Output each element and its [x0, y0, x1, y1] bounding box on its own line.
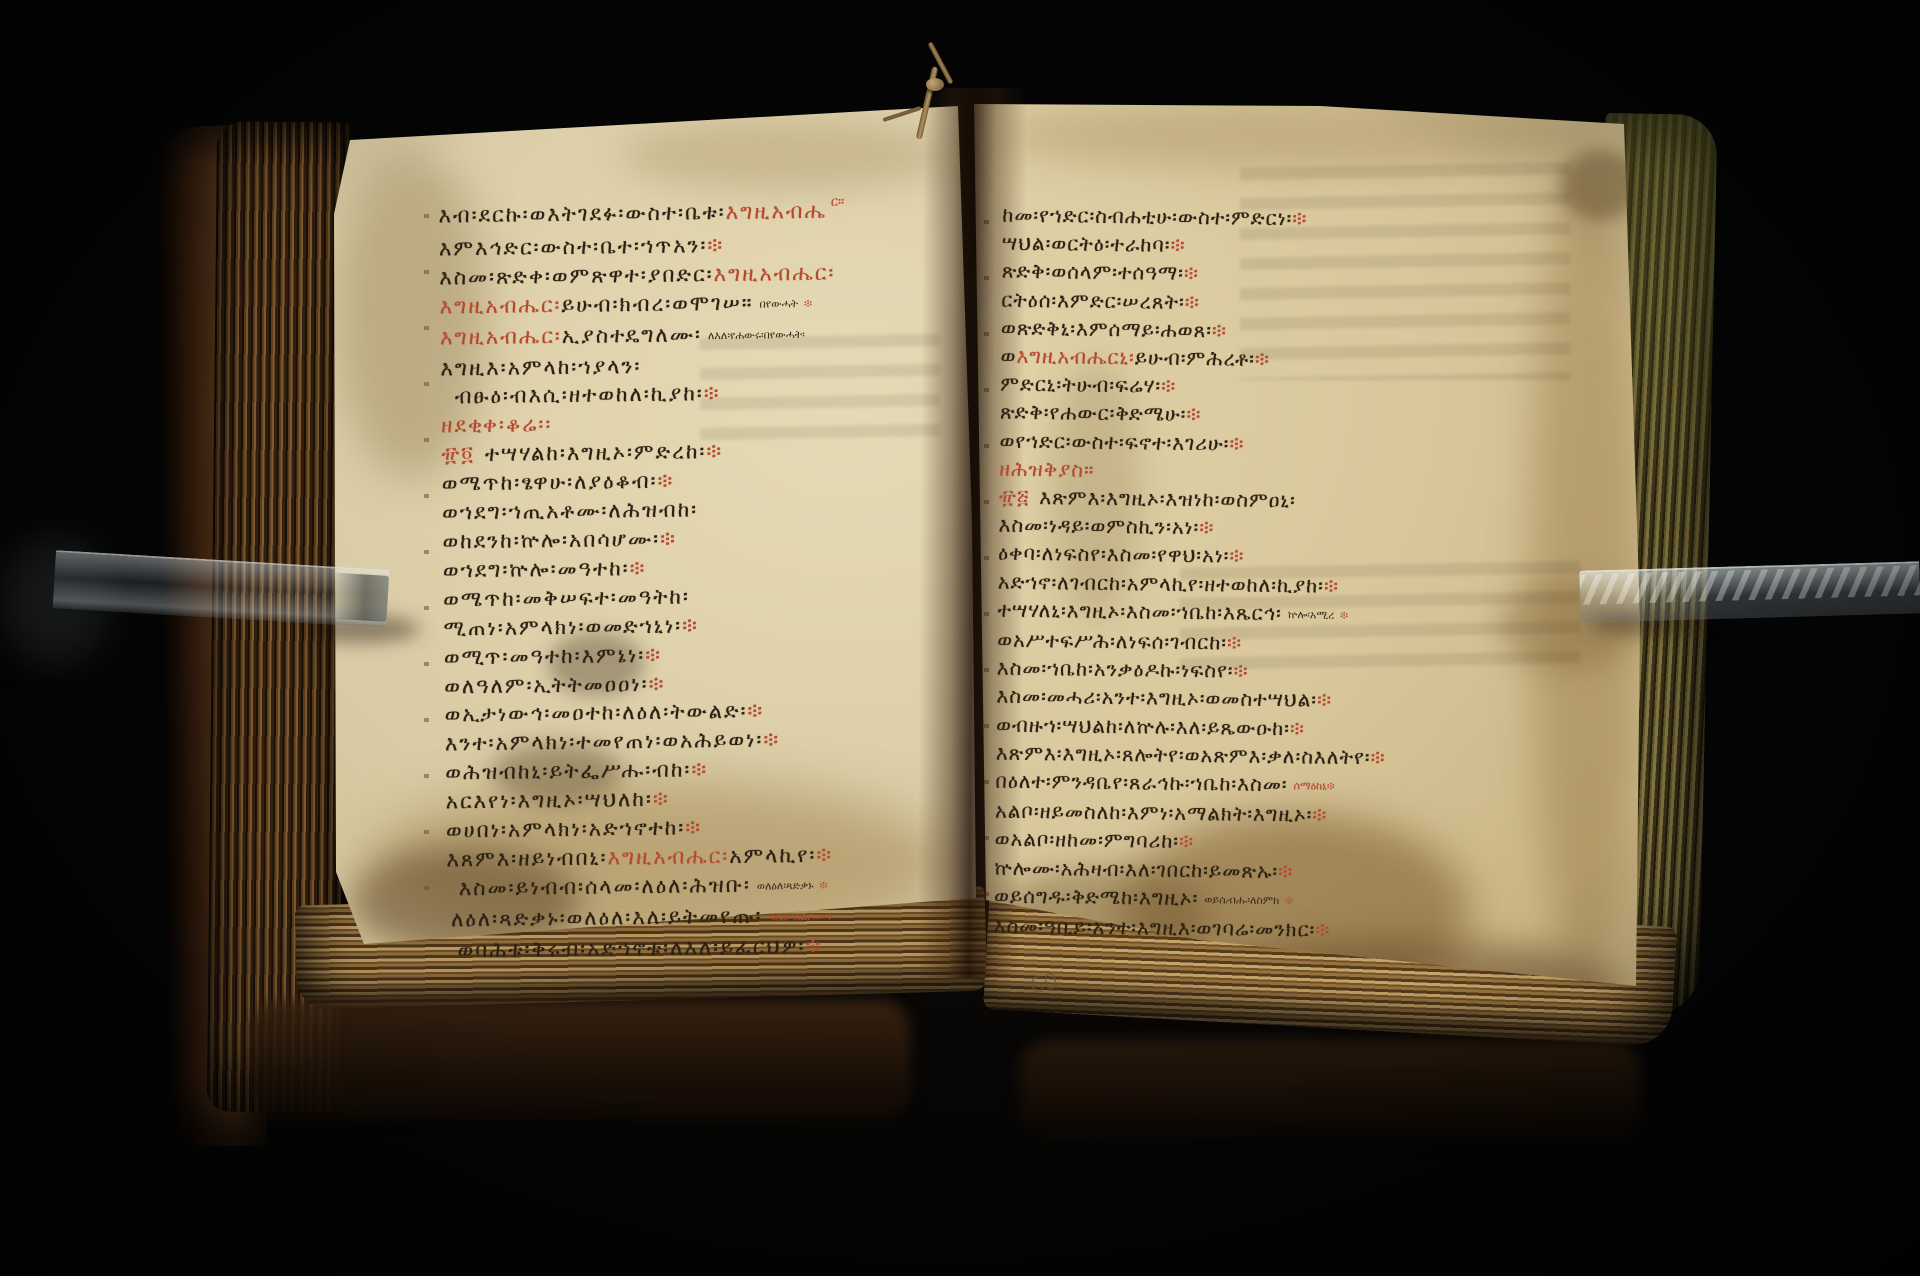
text-segment: አርእየነ፡እግዚኦ፡ሣህለከ፡: [446, 787, 654, 814]
text-segment: እንተ፡አምላክነ፡ተመየጠነ፡ወአሕይወነ፡: [445, 728, 764, 756]
rubric-text: ፨: [704, 382, 721, 406]
rubric-text: ፨: [1184, 261, 1199, 285]
rubric-text: ፨: [645, 642, 662, 666]
text-segment: ጽድቅ፡የሐውር፡ቅድሜሁ፡: [1000, 400, 1187, 426]
manuscript-line: እግዚአብሔር፡ኢያስተዴግለሙ፡ለእለ፡የሐውሩ፡በየውሓት፡: [440, 318, 846, 354]
rubric-text: ፨: [1229, 544, 1244, 568]
gloss-text: ኀቤሁ፡በልቦሙ፨: [762, 909, 833, 923]
text-segment: ወጽድቅኒ፡እምሰማይ፡ሐወጸ፡: [1001, 315, 1212, 342]
manuscript-line: በዕለተ፡ምንዳቤየ፡ጸራኅኩ፡ኀቤከ፡እስመ፡ሰማዕከኒ፨: [995, 767, 1385, 802]
cover-shadow-right: [1020, 1040, 1640, 1140]
text-segment: ወየኀድር፡ውስተ፡ፍኖተ፡እገሪሁ፡: [999, 428, 1229, 455]
text-segment: ወሜጥከ፡መቅሠፍተ፡መዓትከ፡: [443, 584, 690, 611]
cord-knot: [926, 78, 944, 91]
rubric-text: ፨: [691, 757, 708, 781]
text-segment: ወብዙኀ፡ሣህልከ፡ለኵሉ፡እለ፡ይጼውዑከ፡: [996, 712, 1290, 740]
rubric-text: ፨: [1185, 289, 1200, 313]
text-segment: ምድርኒ፡ትሁብ፡ፍሬሃ፡: [1000, 372, 1161, 398]
text-segment: ወሚጥ፡መዓተከ፡እምኔነ፡: [444, 643, 646, 669]
rubric-text: እግዚአብሔር፡: [440, 324, 562, 349]
left-page-text: እብ፡ደርኩ፡ወእትገደፉ፡ውስተ፡ቤቱ፡እግዚአብሔር፡፡እምእኅድር፡ውስተ…: [438, 197, 853, 965]
text-segment: ርትዕሰ፡እምድር፡ሠረጸት፡: [1001, 287, 1185, 313]
text-segment: እጽምእ፡እግዚኦ፡እዝነከ፡ወስምዐኒ፡: [1039, 485, 1296, 512]
rubric-text: ፨: [706, 439, 723, 463]
gloss-text: ወለዕለ፡ጻድቃኑ: [751, 879, 814, 893]
pricking-holes: [424, 214, 429, 938]
rubric-text: ፨: [660, 527, 677, 551]
rubric-text: ፨: [1179, 829, 1194, 853]
text-segment: ወከደንከ፡ኵሎ፡አበሳሆሙ፡: [442, 527, 660, 554]
rubric-text: ፨: [805, 934, 822, 958]
manuscript-line: እስመ፡ጽድቀ፡ወምጽዋተ፡ያበድር፡እግዚአብሔር፡: [439, 258, 845, 292]
gloss-text: ፨: [1279, 894, 1293, 907]
rubric-text: እግዚአብሔ: [726, 199, 828, 224]
rubric-text: ፨: [1199, 515, 1214, 539]
manuscript-line: ለዕለ፡ጻድቃኑ፡ወለዕለ፡እለ፡ይትመየጡ፡ኀቤሁ፡በልቦሙ፨: [451, 900, 853, 936]
gloss-text: ሰማዕከኒ፨: [1288, 779, 1335, 793]
manuscript-line: እስመ፡መሓሪ፡አንተ፡እግዚኦ፡ወመስተሣህል፡፨: [996, 682, 1386, 715]
text-segment: አድኀኖ፡ለገብርከ፡አምላኪየ፡ዘተወከለ፡ኪያከ፡: [998, 569, 1324, 597]
gloss-text: ወይሴብሑ፡ለስምከ: [1198, 893, 1279, 907]
text-segment: ተሣሃልከ፡እግዚኦ፡ምድረከ፡: [485, 440, 707, 467]
text-segment: ወአሥተፍሥሕ፡ለነፍሰ፡ገብርከ፡: [997, 628, 1227, 655]
text-segment: ኵሎሙ፡አሕዛብ፡እለ፡ገበርከ፡ይመጽኡ፡: [994, 855, 1278, 882]
rubric-text: ፨: [1227, 630, 1242, 654]
right-acrylic-page-clip: [1579, 561, 1920, 622]
text-segment: እስመ፡ነዳይ፡ወምስኪን፡አነ፡: [998, 513, 1199, 539]
text-segment: ወይሰግዱ፡ቅድሜከ፡እግዚኦ፡: [994, 883, 1199, 909]
text-segment: ወሜጥከ፡ፄዋሁ፡ለያዕቆብ፡: [442, 469, 658, 496]
text-segment: እስመ፡መሓሪ፡አንተ፡እግዚኦ፡ወመስተሣህል፡: [996, 684, 1317, 712]
text-segment: እግዚእ፡አምላከ፡ኀያላን፡: [440, 354, 641, 380]
rubric-text: ፨: [763, 728, 780, 752]
manuscript-line: ኵሎሙ፡አሕዛብ፡እለ፡ገበርከ፡ይመጽኡ፡፨: [994, 853, 1384, 886]
manuscript-line: ወአልቦ፡ዘከመ፡ምግባሪከ፡፨: [995, 825, 1385, 858]
text-segment: እስመ፡ጽድቀ፡ወምጽዋተ፡ያበድር፡: [439, 262, 714, 289]
gloss-text: ኵሎ፡አሚረ: [1282, 608, 1335, 622]
text-segment: ብፁዕ፡ብእሲ፡ዘተወከለ፡ኪያከ፡: [455, 382, 704, 409]
rubric-text: ዘሕዝቅያስ።: [999, 456, 1094, 481]
text-segment: እስመ፡ኀቤከ፡አንቃዕዶኩ፡ነፍስየ፡: [997, 656, 1234, 683]
rubric-text: ፨: [747, 699, 764, 723]
text-segment: ወኀደግ፡ኵሎ፡መዓተከ፡: [443, 556, 630, 582]
text-segment: ዕቀባ፡ለነፍስየ፡እስመ፡የዋህ፡አነ፡: [998, 541, 1230, 568]
text-segment: ወሕዝብከኒ፡ይትፌሥሑ፡ብከ፡: [445, 758, 691, 785]
text-segment: አምላኪየ፡: [729, 843, 816, 868]
rubric-text: ፨: [1370, 745, 1385, 769]
text-segment: ወለዓለም፡ኢትትመዐዐነ፡: [444, 671, 649, 697]
manuscript-photograph: እብ፡ደርኩ፡ወእትገደፉ፡ውስተ፡ቤቱ፡እግዚአብሔር፡፡እምእኅድር፡ውስተ…: [0, 0, 1920, 1276]
rubric-text: ፨: [1170, 233, 1185, 257]
text-segment: ተሣሃለኒ፡እግዚኦ፡እስመ፡ኀቤከ፡እጼርኅ፡: [997, 597, 1282, 624]
rubric-text: ፨: [1290, 716, 1305, 740]
rubric-text: ፨: [1312, 803, 1327, 827]
rubric-text: እግዚአብሔር፡: [607, 844, 729, 869]
text-segment: ጽድቅ፡ወሰላም፡ተሰዓማ፡: [1002, 259, 1185, 285]
manuscript-line: እስመ፡ይነብብ፡ሰላመ፡ለዕለ፡ሕዝቡ፡ወለዕለ፡ጻድቃኑ፨: [459, 869, 853, 905]
rubric-text: ፨: [1233, 659, 1248, 683]
rubric-text: ፨: [657, 469, 674, 493]
text-segment: ወኀደግ፡ኀጢአቶሙ፡ለሕዝብከ፡: [442, 497, 698, 524]
rubric-text: ፨: [1278, 859, 1293, 883]
text-segment: ወአልቦ፡ዘከመ፡ምግባሪከ፡: [995, 827, 1180, 853]
manuscript-line: እግዚአብሔር፡ይሁብ፡ክብረ፡ወሞገሠ።በየውሓት፨: [439, 287, 845, 323]
rubric-text: ፨: [685, 815, 702, 839]
manuscript-line: ጽድቅ፡ወሰላም፡ተሰዓማ፡፨: [1001, 257, 1391, 290]
cover-shadow-left: [250, 1000, 910, 1120]
text-segment: እጽምእ፡እግዚኦ፡ጸሎትየ፡ወአጽምእ፡ቃለ፡ስእለትየ፡: [996, 740, 1371, 769]
text-segment: ከመ፡የኀድር፡ስብሐቲሁ፡ውስተ፡ምድርነ፡: [1002, 203, 1292, 231]
text-segment: እስመ፡ይነብብ፡ሰላመ፡ለዕለ፡ሕዝቡ፡: [459, 873, 751, 901]
rubric-text: ፨: [1317, 688, 1332, 712]
rubric-text: ፨: [816, 843, 833, 867]
manuscript-line: ወብዙኀ፡ሣህልከ፡ለኵሉ፡እለ፡ይጼውዑከ፡፨: [996, 710, 1386, 743]
gloss-text: ለእለ፡የሐውሩ፡በየውሓት፡: [702, 328, 805, 342]
text-segment: ይሁብ፡ክብረ፡ወሞገሠ።: [561, 290, 753, 316]
text-segment: እብ፡ደርኩ፡ወእትገደፉ፡ውስተ፡ቤቱ፡: [438, 200, 725, 228]
text-segment: ይሁብ፡ምሕረቶ፡: [1135, 345, 1255, 370]
rubric-text: እግዚአብሔር፡: [439, 293, 561, 318]
text-segment: ሚጠነ፡አምላክነ፡ወመድኀኒነ፡: [443, 613, 682, 640]
rubric-superscript: ር፡፡: [827, 195, 845, 210]
rubric-text: ፨: [1292, 206, 1307, 230]
right-page-text: ከመ፡የኀድር፡ስብሐቲሁ፡ውስተ፡ምድርነ፡፨ሣህል፡ወርትዕ፡ተራከባ፡፨ጽ…: [993, 201, 1392, 945]
text-segment: ወኢታነውኅ፡መዐተከ፡ለዕለ፡ትውልድ፡: [444, 699, 747, 727]
rubric-text: ፨: [1229, 431, 1244, 455]
manuscript-line: ወየኀድር፡ውስተ፡ፍኖተ፡እገሪሁ፡፨: [999, 426, 1389, 459]
psalm-number: ፹፭: [999, 485, 1040, 509]
manuscript-line: ርትዕሰ፡እምድር፡ሠረጸት፡፨: [1001, 285, 1391, 318]
gloss-text: ፨: [814, 879, 828, 892]
text-segment: አልቦ፡ዘይመስለከ፡እምነ፡አማልክት፡እግዚኦ፡: [995, 799, 1313, 827]
rubric-text: ፨: [682, 613, 699, 637]
rubric-text: ፨: [1315, 918, 1330, 942]
cord-strand: [882, 106, 921, 122]
rubric-text: ፨: [707, 233, 724, 257]
rubric-text: ፨: [1324, 573, 1339, 597]
psalm-number: ፹፬: [441, 442, 485, 467]
text-segment: ለዕለ፡ጻድቃኑ፡ወለዕለ፡እለ፡ይትመየጡ፡: [451, 903, 763, 931]
manuscript-line: ዕቀባ፡ለነፍስየ፡እስመ፡የዋህ፡አነ፡፨: [998, 539, 1388, 572]
rubric-text: ፨: [630, 556, 647, 580]
rubric-text: ፨: [653, 787, 670, 811]
text-segment: በዕለተ፡ምንዳቤየ፡ጸራኅኩ፡ኀቤከ፡እስመ፡: [995, 769, 1287, 797]
manuscript-line: እብ፡ደርኩ፡ወእትገደፉ፡ውስተ፡ቤቱ፡እግዚአብሔር፡፡: [438, 197, 844, 235]
text-segment: ወባሕቱ፡ቅሩብ፡አድኀኖቱ፡ለእለ፡ይፈርህዎ፡: [457, 934, 805, 962]
gloss-text: በየውሓት: [753, 297, 798, 311]
text-segment: ወ: [1000, 344, 1016, 368]
rubric-text: እግዚአብሔርኒ፡: [1016, 344, 1135, 369]
gloss-text: ፨: [1334, 609, 1348, 622]
manuscript-line: እስመ፡ዓቢይ፡አንተ፡እግዚእ፡ወገባሬ፡መንክር፡፨: [993, 912, 1383, 945]
manuscript-line: አድኀኖ፡ለገብርከ፡አምላኪየ፡ዘተወከለ፡ኪያከ፡፨: [998, 567, 1388, 600]
rubric-text: ዘደቂቀ፡ቆሬ፡፡: [441, 412, 553, 437]
rubric-text: ፨: [648, 671, 665, 695]
manuscript-line: ጽድቅ፡የሐውር፡ቅድሜሁ፡፨: [1000, 398, 1390, 431]
text-segment: ሣህል፡ወርትዕ፡ተራከባ፡: [1002, 231, 1171, 257]
text-segment: እምእኅድር፡ውስተ፡ቤተ፡ኀጥአን፡: [439, 233, 708, 260]
manuscript-line: ወይሰግዱ፡ቅድሜከ፡እግዚኦ፡ወይሴብሑ፡ለስምከ፨: [994, 881, 1384, 916]
manuscript-line: ወባሕቱ፡ቅሩብ፡አድኀኖቱ፡ለእለ፡ይፈርህዎ፡፨: [457, 931, 853, 965]
text-segment: እስመ፡ዓቢይ፡አንተ፡እግዚእ፡ወገባሬ፡መንክር፡: [994, 914, 1316, 942]
manuscript-line: ተሣሃለኒ፡እግዚኦ፡እስመ፡ኀቤከ፡እጼርኅ፡ኵሎ፡አሚረ፨: [997, 595, 1387, 630]
text-segment: ኢያስተዴግለሙ፡: [562, 322, 702, 348]
text-segment: ወሀበነ፡አምላክነ፡አድኀኖተከ፡: [446, 816, 686, 843]
rubric-text: ፨: [1161, 374, 1176, 398]
bookmark-cord: [880, 28, 1000, 158]
rubric-text: እግዚአብሔር፡: [713, 260, 835, 285]
text-segment: እጸምእ፡ዘይነብበኒ፡: [446, 845, 607, 871]
rubric-text: ፨: [1186, 402, 1201, 426]
rubric-text: ፨: [1255, 347, 1270, 371]
gloss-text: ፨: [798, 297, 812, 310]
rubric-text: ፨: [1212, 318, 1227, 342]
